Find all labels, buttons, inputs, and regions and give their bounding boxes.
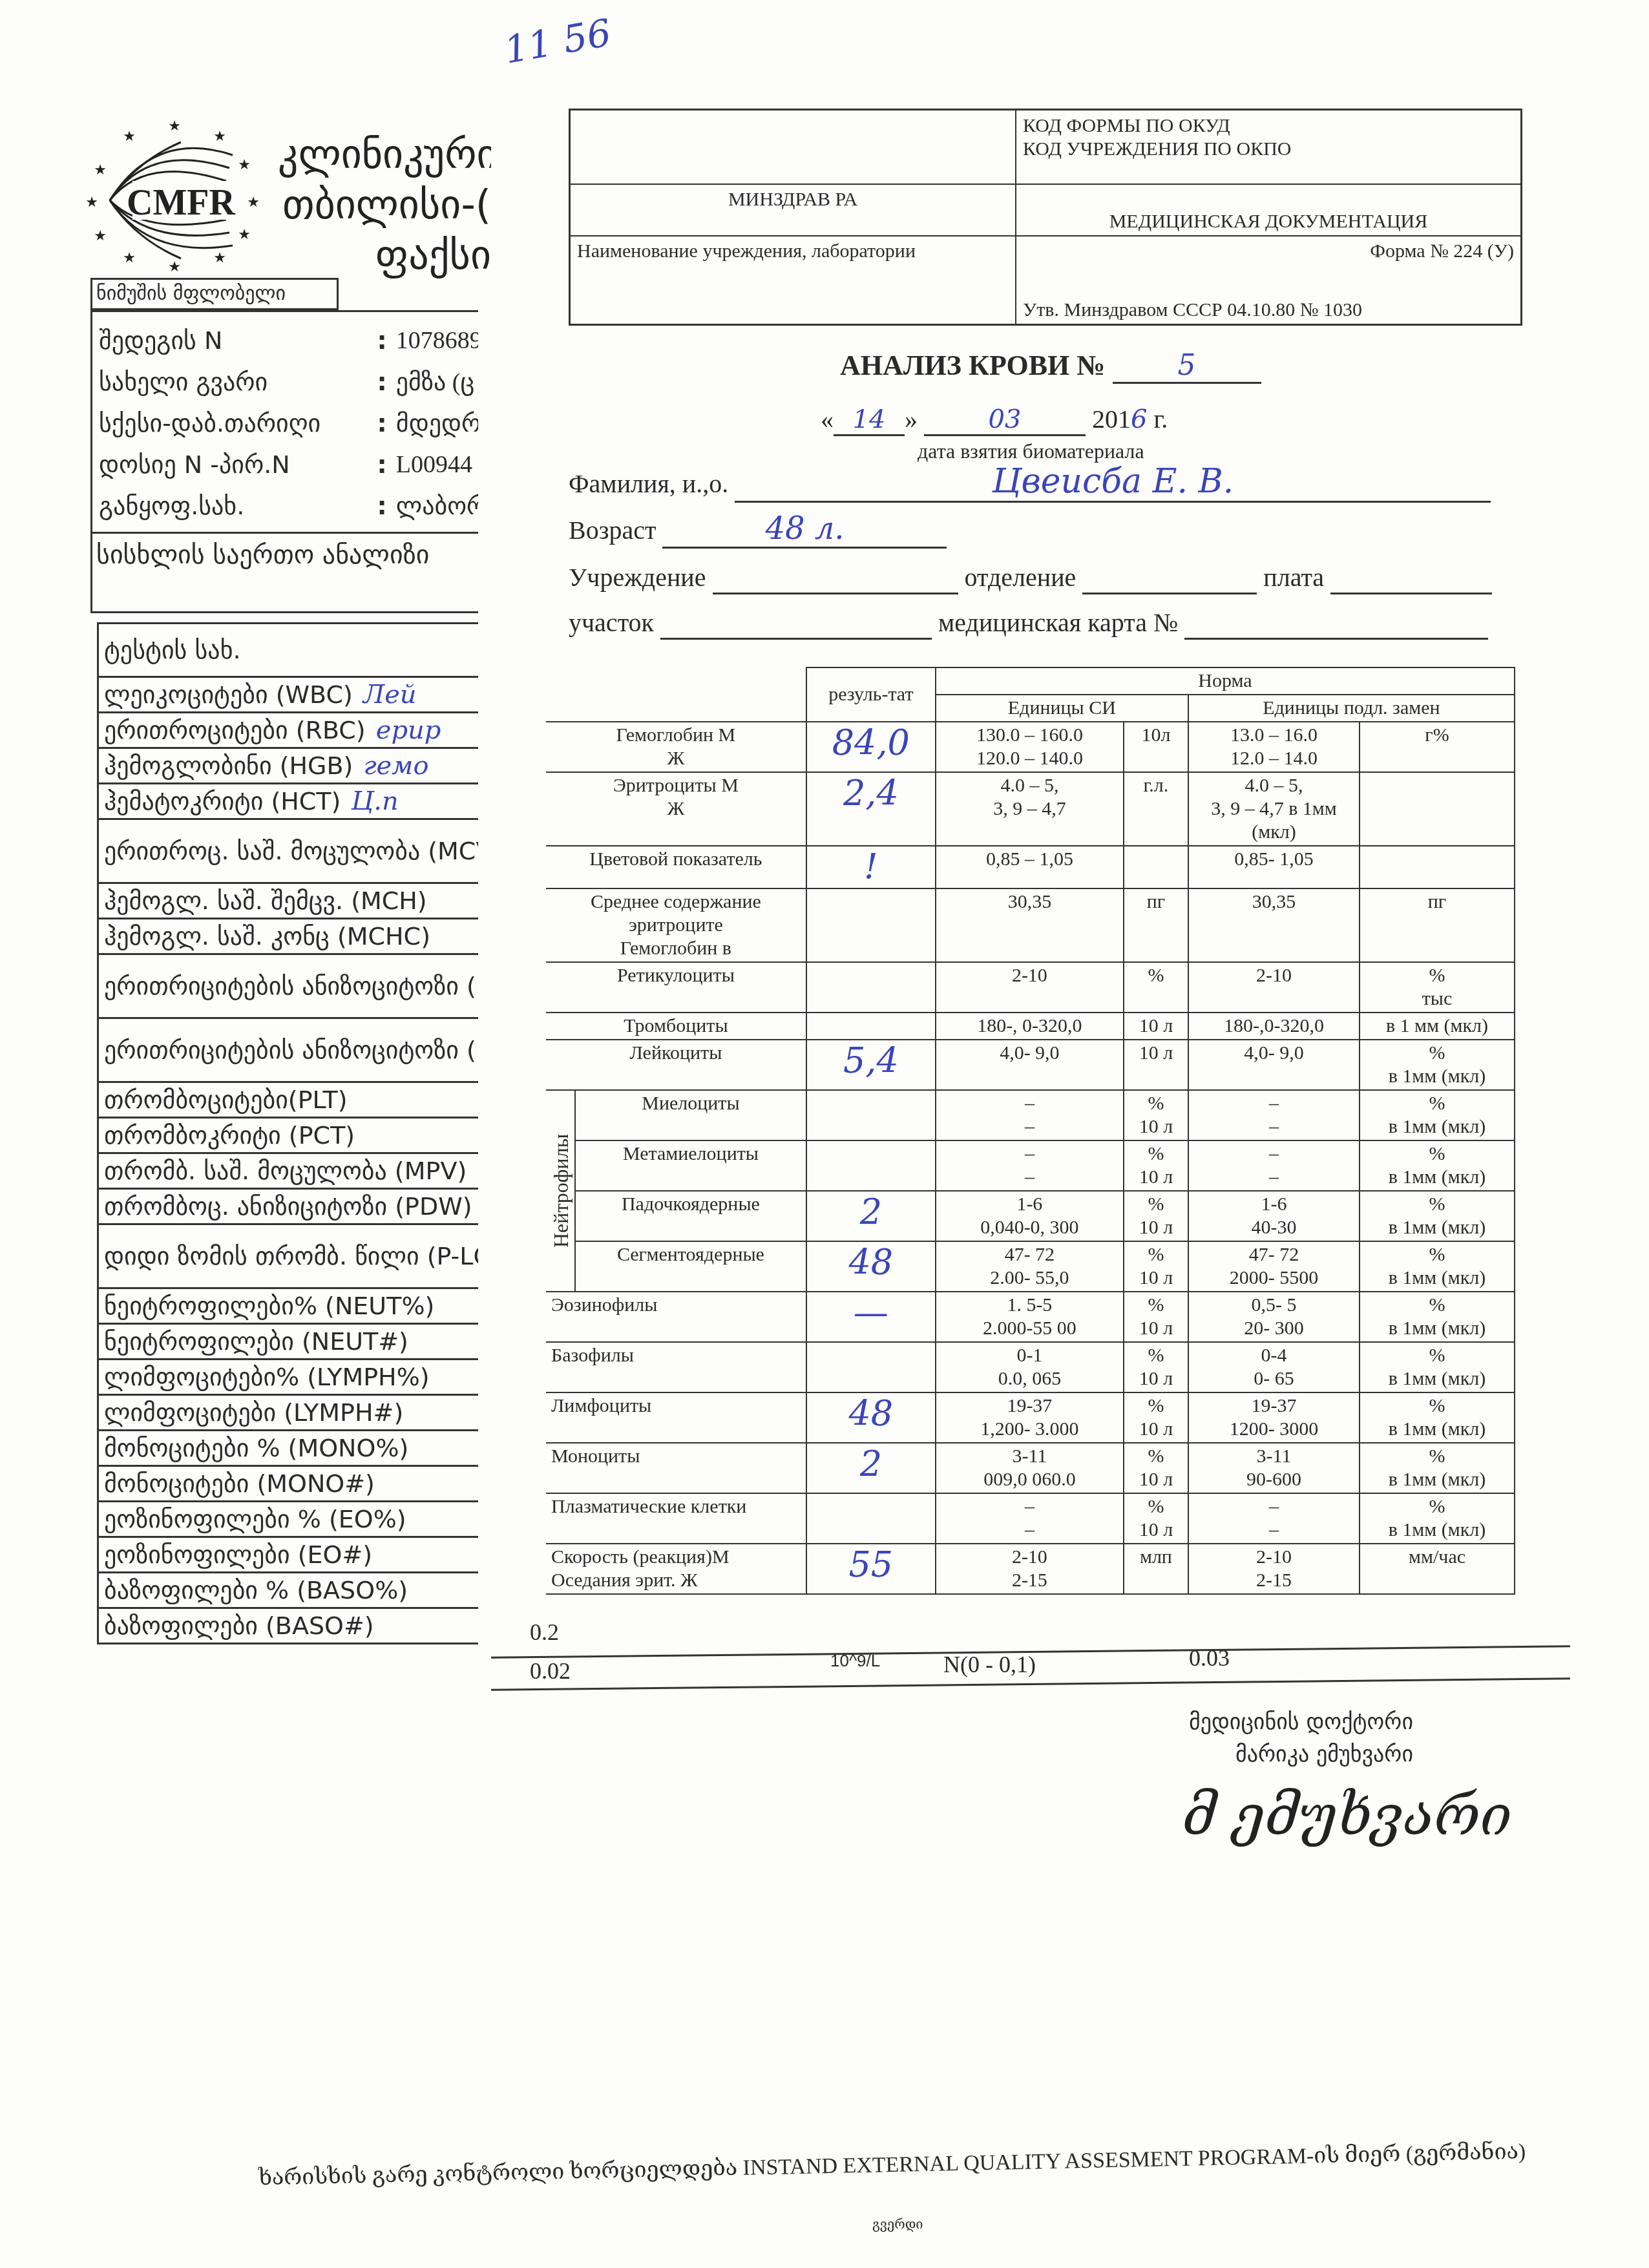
row-label: Лимфоциты [546, 1392, 806, 1443]
test-row: ბაზოფილები (BASO#) [99, 1609, 478, 1644]
si-unit: % 10 л [1124, 1292, 1188, 1342]
test-name: ერითრიციტების ანიზოციტოზი (RDW-CV) [104, 1036, 478, 1064]
result-value: 48 [806, 1392, 936, 1443]
page-annotation: 11 56 [501, 10, 614, 72]
result-value: 84,0 [806, 722, 936, 772]
si-unit: % [1124, 962, 1188, 1013]
si-norm: – – [936, 1493, 1124, 1544]
si-norm: 0,85 – 1,05 [936, 846, 1124, 888]
alt-norm: 1-6 40-30 [1188, 1191, 1360, 1241]
test-row: მონოციტები % (MONO%) [99, 1431, 478, 1467]
table-row: Падочкоядерные21-6 0,040-0, 300% 10 л1-6… [546, 1191, 1515, 1241]
si-norm: 2-10 2-15 [936, 1544, 1124, 1594]
si-unit: пг [1124, 888, 1188, 962]
si-norm: 180-, 0-320,0 [936, 1013, 1124, 1040]
alt-unit: г% [1360, 722, 1515, 772]
result-value: 48 [806, 1241, 936, 1292]
alt-norm: 0,5- 5 20- 300 [1188, 1292, 1360, 1342]
row-label: Скорость (реакция)М Оседания эрит. Ж [546, 1544, 806, 1594]
svg-text:★: ★ [168, 118, 181, 134]
si-norm: 0-1 0.0, 065 [936, 1342, 1124, 1392]
result-value: 2 [806, 1191, 936, 1241]
doctor-title: მედიცინის დოქტორი [1189, 1706, 1413, 1738]
test-row: ნეიტროფილები% (NEUT%) [99, 1289, 478, 1325]
date-caption: дата взятия биоматериала [918, 439, 1144, 463]
surname-value: Цвеисба Е. В. [735, 462, 1491, 503]
test-name: დიდი ზომის თრომბ. წილი (P-LCR) [104, 1242, 478, 1270]
si-unit: 10л [1124, 722, 1188, 772]
test-row: ჰემოგლ. საშ. შემცვ. (MCH) [99, 884, 478, 919]
row-label: Среднее содержание эритроците Гемоглобин… [546, 888, 806, 962]
test-row: ნეიტროფილები (NEUT#) [99, 1325, 478, 1360]
si-unit: % 10 л [1124, 1443, 1188, 1493]
row-label: Базофилы [546, 1342, 806, 1392]
alt-norm: 2-10 2-15 [1188, 1544, 1360, 1594]
footer-sub: გვერდი [872, 2216, 923, 2232]
test-name: მონოციტები (MONO#) [104, 1469, 375, 1498]
alt-norm: 47- 72 2000- 5500 [1188, 1241, 1360, 1292]
test-handwritten-value: Лей [363, 680, 417, 709]
patient-info: შედეგის N:1078689 სახელი გვარი:ემზა (ც ს… [90, 310, 478, 534]
si-norm: 3-11 009,0 060.0 [936, 1443, 1124, 1493]
ministry-label: МИНЗДРАВ РА [571, 185, 1016, 236]
table-row: Ретикулоциты2-10%2-10% тыс [546, 962, 1515, 1013]
tests-table: ტესტის სახ. ლეიკოციტები (WBC)Лейერითროცი… [97, 622, 478, 1644]
logo-emblem-icon: ★ ★ ★ ★ ★ ★ ★ ★ ★ ★ ★ ★ CMFR [84, 116, 265, 271]
result-value: — [806, 1292, 936, 1342]
row-label: Метамиелоциты [575, 1140, 806, 1191]
si-norm: – – [936, 1090, 1124, 1140]
test-row: თრომბ. საშ. მოცულობა (MPV) [99, 1154, 478, 1190]
alt-units-header: Единицы подл. замен [1188, 695, 1515, 722]
alt-norm: – – [1188, 1493, 1360, 1544]
alt-norm: 180-,0-320,0 [1188, 1013, 1360, 1040]
patient-field-result-no: შედეგის N:1078689 [99, 320, 478, 361]
si-unit: % 10 л [1124, 1342, 1188, 1392]
table-row: Цветовой показатель!0,85 – 1,050,85- 1,0… [546, 846, 1515, 888]
test-handwritten-value: ериp [376, 715, 441, 745]
alt-unit [1360, 846, 1515, 888]
svg-text:★: ★ [94, 227, 107, 244]
result-value [806, 962, 936, 1013]
test-row: დიდი ზომის თრომბ. წილი (P-LCR) [99, 1225, 478, 1289]
collection-date: «14» 03 2016 г. [821, 404, 1168, 436]
table-header-row: резуль-тат Норма [546, 667, 1515, 695]
table-row: Лейкоциты5,44,0- 9,010 л4,0- 9,0% в 1мм … [546, 1040, 1515, 1090]
alt-unit: % в 1мм (мкл) [1360, 1493, 1515, 1544]
approval-note: Утв. Минздравом СССР 04.10.80 № 1030 [1023, 299, 1362, 321]
date-month: 03 [924, 404, 1086, 436]
form-number: Форма № 224 (У) [1023, 240, 1514, 262]
med-doc-label: МЕДИЦИНСКАЯ ДОКУМЕНТАЦИЯ [1016, 185, 1520, 236]
test-name: ერითროც. საშ. მოცულობა (MCV) [104, 837, 478, 865]
alt-norm: 30,35 [1188, 888, 1360, 962]
row-label: Эозинофилы [546, 1292, 806, 1342]
row-label: Плазматические клетки [546, 1493, 806, 1544]
test-row: ჰემოგლობინი (HGB)гемо [99, 749, 478, 784]
table-row: Лимфоциты4819-37 1,200- 3.000% 10 л19-37… [546, 1392, 1515, 1443]
svg-text:★: ★ [247, 194, 260, 210]
test-name: ერითროციტები (RBC) [104, 716, 366, 744]
si-norm: 30,35 [936, 888, 1124, 962]
si-unit: 10 л [1124, 1013, 1188, 1040]
doctor-info: მედიცინის დოქტორი მარიკა ემუხვარი [1189, 1706, 1413, 1770]
district-field: участок медицинская карта № [569, 607, 1488, 640]
alt-norm: 13.0 – 16.0 12.0 – 14.0 [1188, 722, 1360, 772]
svg-text:★: ★ [213, 128, 226, 144]
si-unit: % 10 л [1124, 1392, 1188, 1443]
alt-norm: 3-11 90-600 [1188, 1443, 1360, 1493]
si-norm: 130.0 – 160.0 120.0 – 140.0 [936, 722, 1124, 772]
row-label: Сегментоядерные [575, 1241, 806, 1292]
test-name: თრომბოკრიტი (PCT) [104, 1121, 355, 1150]
test-name: ნეიტროფილები (NEUT#) [104, 1327, 408, 1356]
alt-unit: % в 1мм (мкл) [1360, 1090, 1515, 1140]
alt-norm: – – [1188, 1090, 1360, 1140]
test-row: ერითროც. საშ. მოცულობა (MCV) [99, 820, 478, 884]
alt-unit: % в 1мм (мкл) [1360, 1241, 1515, 1292]
test-name: ლიმფოციტები (LYMPH#) [104, 1398, 403, 1427]
table-row: Гемоглобин М Ж84,0130.0 – 160.0 120.0 – … [546, 722, 1515, 772]
patient-field-dossier: დოსიე N -პირ.N:L00944 [99, 444, 478, 485]
alt-unit: % в 1мм (мкл) [1360, 1040, 1515, 1090]
table-row: Эритроциты М Ж2,44.0 – 5, 3, 9 – 4,7г.л.… [546, 772, 1515, 846]
si-norm: 2-10 [936, 962, 1124, 1013]
test-name: ნეიტროფილები% (NEUT%) [104, 1292, 434, 1320]
alt-unit: % в 1мм (мкл) [1360, 1443, 1515, 1493]
si-unit: % 10 л [1124, 1191, 1188, 1241]
form-codes: КОД ФОРМЫ ПО ОКУД КОД УЧРЕЖДЕНИЯ ПО ОКПО [1016, 110, 1520, 185]
alt-norm: 19-37 1200- 3000 [1188, 1392, 1360, 1443]
row-label: Эритроциты М Ж [546, 772, 806, 846]
test-name: თრომბოც. ანიზიციტოზი (PDW) [104, 1192, 472, 1221]
table-row: Тромбоциты180-, 0-320,010 л180-,0-320,0в… [546, 1013, 1515, 1040]
alt-unit: % в 1мм (мкл) [1360, 1140, 1515, 1191]
si-norm: 1-6 0,040-0, 300 [936, 1191, 1124, 1241]
test-row: ჰემოგლ. საშ. კონც (MCHC) [99, 919, 478, 955]
alt-unit: % тыс [1360, 962, 1515, 1013]
table-row: Метамиелоциты– –% 10 л– –% в 1мм (мкл) [546, 1140, 1515, 1191]
svg-text:★: ★ [85, 194, 98, 210]
result-value: 5,4 [806, 1040, 936, 1090]
surname-field: Фамилия, и.,о. Цвеисба Е. В. [569, 462, 1491, 503]
divider [491, 1677, 1570, 1690]
quality-note: ხარისხის გარე კონტროლი ხორციელდება INSTA… [258, 2138, 1526, 2190]
test-handwritten-value: Ц.п [351, 786, 398, 816]
alt-unit: мм/час [1360, 1544, 1515, 1594]
result-value: 55 [806, 1544, 936, 1594]
test-row: ერითრიციტების ანიზოციტოზი (RDW-CV) [99, 1019, 478, 1083]
doctor-name: მარიკა ემუხვარი [1189, 1738, 1413, 1770]
table-row: Эозинофилы—1. 5-5 2.000-55 00% 10 л0,5- … [546, 1292, 1515, 1342]
sample-owner-panel: ნიმუშის მფლობელი შედეგის N:1078689 სახელ… [90, 278, 478, 1644]
svg-text:★: ★ [238, 226, 251, 242]
svg-text:★: ★ [238, 156, 251, 173]
alt-unit: % в 1мм (мкл) [1360, 1342, 1515, 1392]
alt-unit: % в 1мм (мкл) [1360, 1292, 1515, 1342]
svg-text:★: ★ [94, 162, 107, 178]
result-value [806, 1090, 936, 1140]
table-row: Скорость (реакция)М Оседания эрит. Ж552-… [546, 1544, 1515, 1594]
svg-text:★: ★ [168, 258, 181, 271]
institution-label: Наименование учреждения, лаборатории [571, 236, 1016, 324]
test-name: ეოზინოფილები (EO#) [104, 1540, 372, 1569]
test-row: ეოზინოფილები (EO#) [99, 1538, 478, 1573]
patient-field-sex-dob: სქესი-დაბ.თარიღი:მდედრ [99, 403, 478, 444]
test-row: ერითროციტები (RBC)ериp [99, 713, 478, 749]
patient-field-department: განყოფ.სახ.:ლაბორ [99, 485, 478, 527]
result-value: ! [806, 846, 936, 888]
result-header: резуль-тат [806, 667, 936, 722]
sample-owner-heading: ნიმუშის მფლობელი [90, 278, 339, 310]
si-norm: 4,0- 9,0 [936, 1040, 1124, 1090]
si-norm: 4.0 – 5, 3, 9 – 4,7 [936, 772, 1124, 846]
baso-abs-norm: N(0 - 0,1) [943, 1651, 1036, 1678]
test-name: თრომბ. საშ. მოცულობა (MPV) [104, 1157, 467, 1185]
si-norm: 19-37 1,200- 3.000 [936, 1392, 1124, 1443]
row-label: Моноциты [546, 1443, 806, 1493]
si-norm: 47- 72 2.00- 55,0 [936, 1241, 1124, 1292]
norm-header: Норма [936, 667, 1515, 695]
test-row: თრომბოც. ანიზიციტოზი (PDW) [99, 1190, 478, 1225]
result-value [806, 1140, 936, 1191]
test-name: ბაზოფილები (BASO#) [104, 1612, 374, 1640]
date-day: 14 [834, 404, 905, 436]
test-row: მონოციტები (MONO#) [99, 1467, 478, 1502]
table-row: НейтрофилыМиелоциты– –% 10 л– –% в 1мм (… [546, 1090, 1515, 1140]
result-value: 2,4 [806, 772, 936, 846]
table-row: Базофилы0-1 0.0, 065% 10 л0-4 0- 65% в 1… [546, 1342, 1515, 1392]
test-row: ჰემატოკრიტი (HCT)Ц.п [99, 784, 478, 820]
test-row: ეოზინოფილები % (EO%) [99, 1502, 478, 1538]
test-row: თრომბოციტები(PLT) [99, 1083, 478, 1118]
alt-norm: 0-4 0- 65 [1188, 1342, 1360, 1392]
analysis-number: 5 [1113, 349, 1261, 384]
result-value: 2 [806, 1443, 936, 1493]
table-row: Плазматические клетки– –% 10 л– –% в 1мм… [546, 1493, 1515, 1544]
row-label: Гемоглобин М Ж [546, 722, 806, 772]
alt-norm: 4,0- 9,0 [1188, 1040, 1360, 1090]
alt-norm: 2-10 [1188, 962, 1360, 1013]
test-handwritten-value: гемо [363, 751, 428, 781]
alt-unit [1360, 772, 1515, 846]
test-name: ბაზოფილები % (BASO%) [104, 1576, 408, 1604]
test-name: მონოციტები % (MONO%) [104, 1434, 408, 1462]
row-label: Миелоциты [575, 1090, 806, 1140]
analysis-title: АНАЛИЗ КРОВИ № 5 [840, 349, 1261, 384]
svg-text:CMFR: CMFR [127, 183, 236, 223]
row-label: Тромбоциты [546, 1013, 806, 1040]
result-value [806, 1013, 936, 1040]
row-label: Цветовой показатель [546, 846, 806, 888]
si-unit: % 10 л [1124, 1140, 1188, 1191]
si-units-header: Единицы СИ [936, 695, 1188, 722]
clinic-logo: ★ ★ ★ ★ ★ ★ ★ ★ ★ ★ ★ ★ CMFR [84, 116, 265, 271]
test-name: ჰემოგლობინი (HGB) [104, 751, 353, 780]
alt-unit: в 1 мм (мкл) [1360, 1013, 1515, 1040]
table-row: Среднее содержание эритроците Гемоглобин… [546, 888, 1515, 962]
svg-text:★: ★ [123, 128, 136, 144]
test-row: ბაზოფილები % (BASO%) [99, 1573, 478, 1609]
svg-text:★: ★ [213, 249, 226, 266]
si-norm: 1. 5-5 2.000-55 00 [936, 1292, 1124, 1342]
result-value [806, 1493, 936, 1544]
alt-norm: – – [1188, 1140, 1360, 1191]
tests-header: ტესტის სახ. [99, 622, 478, 678]
si-unit [1124, 846, 1188, 888]
test-name: ჰემოგლ. საშ. კონც (MCHC) [104, 922, 430, 950]
alt-norm: 4.0 – 5, 3, 9 – 4,7 в 1мм (мкл) [1188, 772, 1360, 846]
test-row: ლიმფოციტები (LYMPH#) [99, 1396, 478, 1431]
si-unit: % 10 л [1124, 1090, 1188, 1140]
age-field: Возраст 48 л. [569, 510, 947, 549]
institution-field: Учреждение отделение плата [569, 562, 1492, 594]
clinic-name: კლინიკური თბილისი-( ფაქსი [278, 129, 491, 280]
baso-abs-value: 0.02 [530, 1657, 571, 1685]
row-label: Лейкоциты [546, 1040, 806, 1090]
si-unit: г.л. [1124, 772, 1188, 846]
test-row: ერითრიციტების ანიზოციტოზი (RDW-SD) [99, 955, 478, 1019]
table-row: Моноциты23-11 009,0 060.0% 10 л3-11 90-6… [546, 1443, 1515, 1493]
alt-unit: % в 1мм (мкл) [1360, 1392, 1515, 1443]
test-name: ჰემატოკრიტი (HCT) [104, 787, 341, 815]
age-value: 48 л. [662, 510, 947, 549]
test-name: ეოზინოფილები % (EO%) [104, 1505, 406, 1533]
test-name: ერითრიციტების ანიზოციტოზი (RDW-SD) [104, 972, 478, 1000]
alt-unit: пг [1360, 888, 1515, 962]
doctor-signature: მ ემუხვარი [1182, 1783, 1512, 1848]
si-unit: млп [1124, 1544, 1188, 1594]
patient-field-name: სახელი გვარი:ემზა (ც [99, 361, 478, 403]
si-unit: % 10 л [1124, 1241, 1188, 1292]
blood-analysis-table: резуль-тат Норма Единицы СИ Единицы подл… [546, 667, 1515, 1595]
test-name: თრომბოციტები(PLT) [104, 1086, 348, 1114]
svg-text:★: ★ [123, 249, 136, 266]
test-name: ლიმფოციტები% (LYMPH%) [104, 1363, 430, 1391]
analysis-title-ka: სისხლის საერთო ანალიზი [90, 534, 478, 613]
test-name: ლეიკოციტები (WBC) [104, 680, 353, 709]
baso-pct-value: 0.2 [530, 1619, 559, 1646]
si-unit: % 10 л [1124, 1493, 1188, 1544]
table-row: Сегментоядерные4847- 72 2.00- 55,0% 10 л… [546, 1241, 1515, 1292]
alt-unit: % в 1мм (мкл) [1360, 1191, 1515, 1241]
test-row: ლეიკოციტები (WBC)Лей [99, 678, 478, 713]
test-row: ლიმფოციტები% (LYMPH%) [99, 1360, 478, 1396]
test-name: ჰემოგლ. საშ. შემცვ. (MCH) [104, 887, 427, 915]
row-label: Падочкоядерные [575, 1191, 806, 1241]
result-value [806, 1342, 936, 1392]
si-norm: – – [936, 1140, 1124, 1191]
form-header: КОД ФОРМЫ ПО ОКУД КОД УЧРЕЖДЕНИЯ ПО ОКПО… [569, 109, 1522, 326]
si-unit: 10 л [1124, 1040, 1188, 1090]
test-row: თრომბოკრიტი (PCT) [99, 1118, 478, 1154]
result-value [806, 888, 936, 962]
alt-norm: 0,85- 1,05 [1188, 846, 1360, 888]
row-label: Ретикулоциты [546, 962, 806, 1013]
form-number-cell: Форма № 224 (У) Утв. Минздравом СССР 04.… [1016, 236, 1520, 324]
neutrophils-group-label: Нейтрофилы [546, 1090, 575, 1292]
form-header-blank [571, 110, 1016, 185]
